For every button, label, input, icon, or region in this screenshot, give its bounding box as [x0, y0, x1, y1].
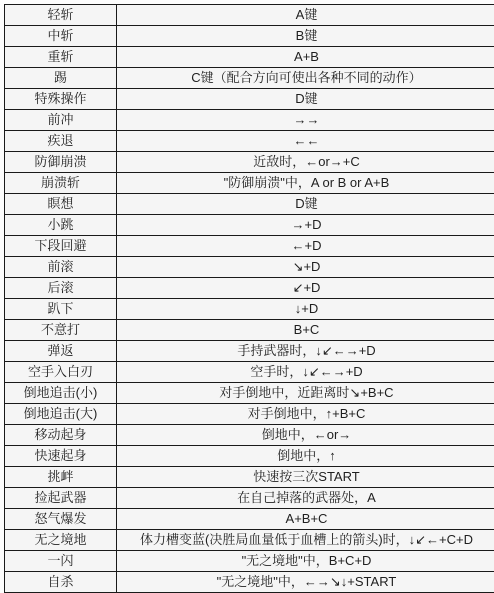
command-cell: →→ — [117, 110, 494, 131]
table-row: 踢C键（配合方向可使出各种不同的动作） — [5, 68, 494, 89]
table-row: 一闪"无之境地"中，B+C+D — [5, 551, 494, 572]
table-row: 后滚↙+D — [5, 278, 494, 299]
table-row: 无之境地体力槽变蓝(决胜局血量低于血槽上的箭头)时，↓↙←+C+D — [5, 530, 494, 551]
table-row: 轻斩A键 — [5, 5, 494, 26]
command-cell: "无之境地"中，←→↘↓+START — [117, 572, 494, 593]
table-row: 倒地追击(小)对手倒地中，近距离时↘+B+C — [5, 383, 494, 404]
command-cell: D键 — [117, 89, 494, 110]
command-cell: 倒地中，←or→ — [117, 425, 494, 446]
command-cell: "无之境地"中，B+C+D — [117, 551, 494, 572]
move-name-cell: 自杀 — [5, 572, 117, 593]
command-cell: B+C — [117, 320, 494, 341]
command-cell: ↙+D — [117, 278, 494, 299]
table-row: 中斩B键 — [5, 26, 494, 47]
move-name-cell: 挑衅 — [5, 467, 117, 488]
command-cell: 在自己掉落的武器处，A — [117, 488, 494, 509]
command-cell: B键 — [117, 26, 494, 47]
command-cell: C键（配合方向可使出各种不同的动作） — [117, 68, 494, 89]
table-row: 前冲→→ — [5, 110, 494, 131]
command-cell: D键 — [117, 194, 494, 215]
table-row: 疾退←← — [5, 131, 494, 152]
command-cell: →+D — [117, 215, 494, 236]
command-cell: 体力槽变蓝(决胜局血量低于血槽上的箭头)时，↓↙←+C+D — [117, 530, 494, 551]
table-row: 捡起武器在自己掉落的武器处，A — [5, 488, 494, 509]
move-name-cell: 防御崩溃 — [5, 152, 117, 173]
table-row: 空手入白刃空手时，↓↙←→+D — [5, 362, 494, 383]
move-name-cell: 趴下 — [5, 299, 117, 320]
move-name-cell: 瞑想 — [5, 194, 117, 215]
command-cell: 对手倒地中，↑+B+C — [117, 404, 494, 425]
move-name-cell: 崩溃斩 — [5, 173, 117, 194]
table-row: 自杀"无之境地"中，←→↘↓+START — [5, 572, 494, 593]
table-row: 小跳→+D — [5, 215, 494, 236]
command-cell: 手持武器时，↓↙←→+D — [117, 341, 494, 362]
move-name-cell: 无之境地 — [5, 530, 117, 551]
command-cell: 空手时，↓↙←→+D — [117, 362, 494, 383]
move-name-cell: 中斩 — [5, 26, 117, 47]
moves-table: 轻斩A键中斩B键重斩A+B踢C键（配合方向可使出各种不同的动作）特殊操作D键前冲… — [4, 4, 494, 593]
move-name-cell: 快速起身 — [5, 446, 117, 467]
move-name-cell: 后滚 — [5, 278, 117, 299]
move-name-cell: 空手入白刃 — [5, 362, 117, 383]
move-name-cell: 前滚 — [5, 257, 117, 278]
move-name-cell: 踢 — [5, 68, 117, 89]
table-row: 不意打B+C — [5, 320, 494, 341]
table-row: 前滚↘+D — [5, 257, 494, 278]
table-row: 弹返手持武器时，↓↙←→+D — [5, 341, 494, 362]
page: 轻斩A键中斩B键重斩A+B踢C键（配合方向可使出各种不同的动作）特殊操作D键前冲… — [0, 0, 494, 593]
command-cell: ↓+D — [117, 299, 494, 320]
move-name-cell: 倒地追击(大) — [5, 404, 117, 425]
move-name-cell: 重斩 — [5, 47, 117, 68]
move-name-cell: 一闪 — [5, 551, 117, 572]
move-name-cell: 轻斩 — [5, 5, 117, 26]
table-row: 怒气爆发A+B+C — [5, 509, 494, 530]
move-name-cell: 疾退 — [5, 131, 117, 152]
table-row: 防御崩溃近敌时，←or→+C — [5, 152, 494, 173]
command-cell: ↘+D — [117, 257, 494, 278]
move-name-cell: 移动起身 — [5, 425, 117, 446]
command-cell: 对手倒地中，近距离时↘+B+C — [117, 383, 494, 404]
move-name-cell: 下段回避 — [5, 236, 117, 257]
table-row: 重斩A+B — [5, 47, 494, 68]
table-row: 移动起身倒地中，←or→ — [5, 425, 494, 446]
command-cell: 倒地中，↑ — [117, 446, 494, 467]
command-cell: 近敌时，←or→+C — [117, 152, 494, 173]
move-name-cell: 特殊操作 — [5, 89, 117, 110]
table-row: 下段回避←+D — [5, 236, 494, 257]
move-name-cell: 弹返 — [5, 341, 117, 362]
move-name-cell: 倒地追击(小) — [5, 383, 117, 404]
table-row: 瞑想D键 — [5, 194, 494, 215]
command-cell: A+B+C — [117, 509, 494, 530]
move-name-cell: 怒气爆发 — [5, 509, 117, 530]
table-row: 特殊操作D键 — [5, 89, 494, 110]
command-cell: A键 — [117, 5, 494, 26]
command-cell: "防御崩溃"中，A or B or A+B — [117, 173, 494, 194]
moves-table-body: 轻斩A键中斩B键重斩A+B踢C键（配合方向可使出各种不同的动作）特殊操作D键前冲… — [5, 5, 494, 593]
table-row: 趴下↓+D — [5, 299, 494, 320]
table-row: 快速起身倒地中，↑ — [5, 446, 494, 467]
table-row: 崩溃斩"防御崩溃"中，A or B or A+B — [5, 173, 494, 194]
table-row: 挑衅快速按三次START — [5, 467, 494, 488]
command-cell: 快速按三次START — [117, 467, 494, 488]
table-row: 倒地追击(大)对手倒地中，↑+B+C — [5, 404, 494, 425]
move-name-cell: 前冲 — [5, 110, 117, 131]
move-name-cell: 小跳 — [5, 215, 117, 236]
move-name-cell: 不意打 — [5, 320, 117, 341]
command-cell: A+B — [117, 47, 494, 68]
command-cell: ←← — [117, 131, 494, 152]
command-cell: ←+D — [117, 236, 494, 257]
move-name-cell: 捡起武器 — [5, 488, 117, 509]
